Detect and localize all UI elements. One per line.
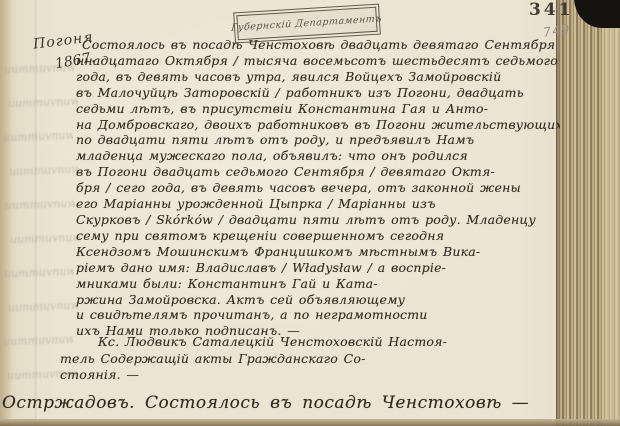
signature-line: тель Содержащій акты Гражданскаго Со- [60,351,560,368]
manuscript-line: Скурковъ / Skórków / двадцати пяти лѣтъ … [76,212,560,228]
bleedthrough-text [4,266,74,280]
signature-block: Кс. Людвикъ Саталецкій Ченстоховскій Нас… [60,334,560,386]
manuscript-line: седьми лѣтъ, въ присутствіи Константина … [76,101,560,117]
bleedthrough-text [3,130,73,144]
manuscript-line: сему при святомъ крещеніи совершенномъ с… [76,228,560,244]
manuscript-line: Ксендзомъ Мошинскимъ Францишкомъ мѣстным… [76,244,560,260]
manuscript-line: бря / сего года, въ девять часовъ вечера… [76,180,560,196]
manuscript-line: ржина Замойровска. Актъ сей объявляющему [76,292,560,308]
manuscript-line: на Домбровскаго, двоихъ работниковъ въ П… [76,117,560,133]
page-number: 341 [529,0,574,20]
manuscript-line: и свидѣтелямъ прочитанъ, а по неграмотно… [76,307,560,323]
scanned-register-photo: 341 749 Губернскій Департаментъ Погоня 1… [0,0,620,426]
manuscript-line: младенца мужескаго пола, объявилъ: что о… [76,148,560,164]
bleedthrough-text [9,164,79,178]
manuscript-line: по двадцати пяти лѣтъ отъ роду, и предъя… [76,132,560,148]
manuscript-line: въ Малочуйцѣ Заторовскій / работникъ изъ… [76,85,560,101]
manuscript-line: года, въ девять часовъ утра, явился Войц… [76,69,560,85]
manuscript-line: ннадцатаго Октября / тысяча восемьсотъ ш… [76,53,560,69]
next-entry-fragment: Остржадовъ. Состоялось въ посадѣ Ченстох… [2,393,558,426]
manuscript-line: ріемъ дано имя: Владиславъ / Władysław /… [76,260,560,276]
archive-stamp-text: Губернскій Департаментъ [231,13,383,33]
signature-line: стоянія. — [60,367,560,384]
book-fore-edge-outer [602,0,620,426]
manuscript-line: мниками были: Константинъ Гай и Ката- [76,276,560,292]
manuscript-line: Состоялось въ посадѣ Ченстоховѣ двадцать… [76,37,560,53]
bleedthrough-text [8,96,78,110]
bleedthrough-text [8,300,78,314]
bleedthrough-text [10,232,80,246]
manuscript-line: его Маріанны урожденной Цыпрка / Маріанн… [76,196,560,212]
manuscript-body: Состоялось въ посадѣ Ченстоховѣ двадцать… [76,37,560,339]
manuscript-line: въ Погони двадцать седьмого Сентября / д… [76,164,560,180]
bleedthrough-text [5,198,75,212]
signature-line: Кс. Людвикъ Саталецкій Ченстоховскій Нас… [60,334,560,351]
